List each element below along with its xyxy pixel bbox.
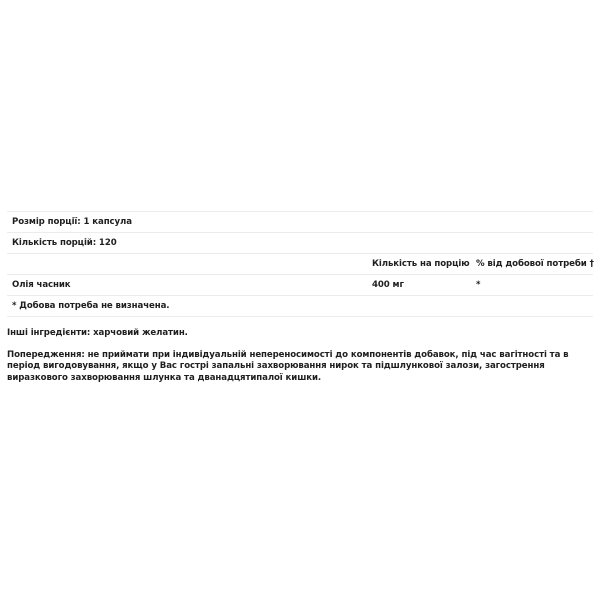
warning-text: Попередження: не приймати при індивідуал… <box>7 350 593 385</box>
footnote: * Добова потреба не визначена. <box>12 301 169 311</box>
other-ingredients: Інші інгредієнти: харчовий желатин. <box>7 328 593 340</box>
servings-per-container: Кількість порцій: 120 <box>12 238 117 248</box>
serving-size: Розмір порції: 1 капсула <box>12 217 132 227</box>
ingredient-amount: 400 мг <box>372 280 404 290</box>
servings-per-container-row: Кількість порцій: 120 <box>7 232 593 253</box>
serving-size-row: Розмір порції: 1 капсула <box>7 211 593 232</box>
footnote-row: * Добова потреба не визначена. <box>7 295 593 317</box>
amount-per-serving-header: Кількість на порцію <box>372 259 469 269</box>
table-row: Олія часник 400 мг * <box>7 274 593 295</box>
daily-value-header: % від добової потреби † <box>476 259 594 269</box>
ingredient-name: Олія часник <box>12 280 71 290</box>
supplement-facts-table: Розмір порції: 1 капсула Кількість порці… <box>7 211 593 317</box>
product-notes: Інші інгредієнти: харчовий желатин. Попе… <box>7 328 593 394</box>
ingredient-daily-value: * <box>476 280 480 290</box>
table-header-row: Кількість на порцію % від добової потреб… <box>7 253 593 274</box>
